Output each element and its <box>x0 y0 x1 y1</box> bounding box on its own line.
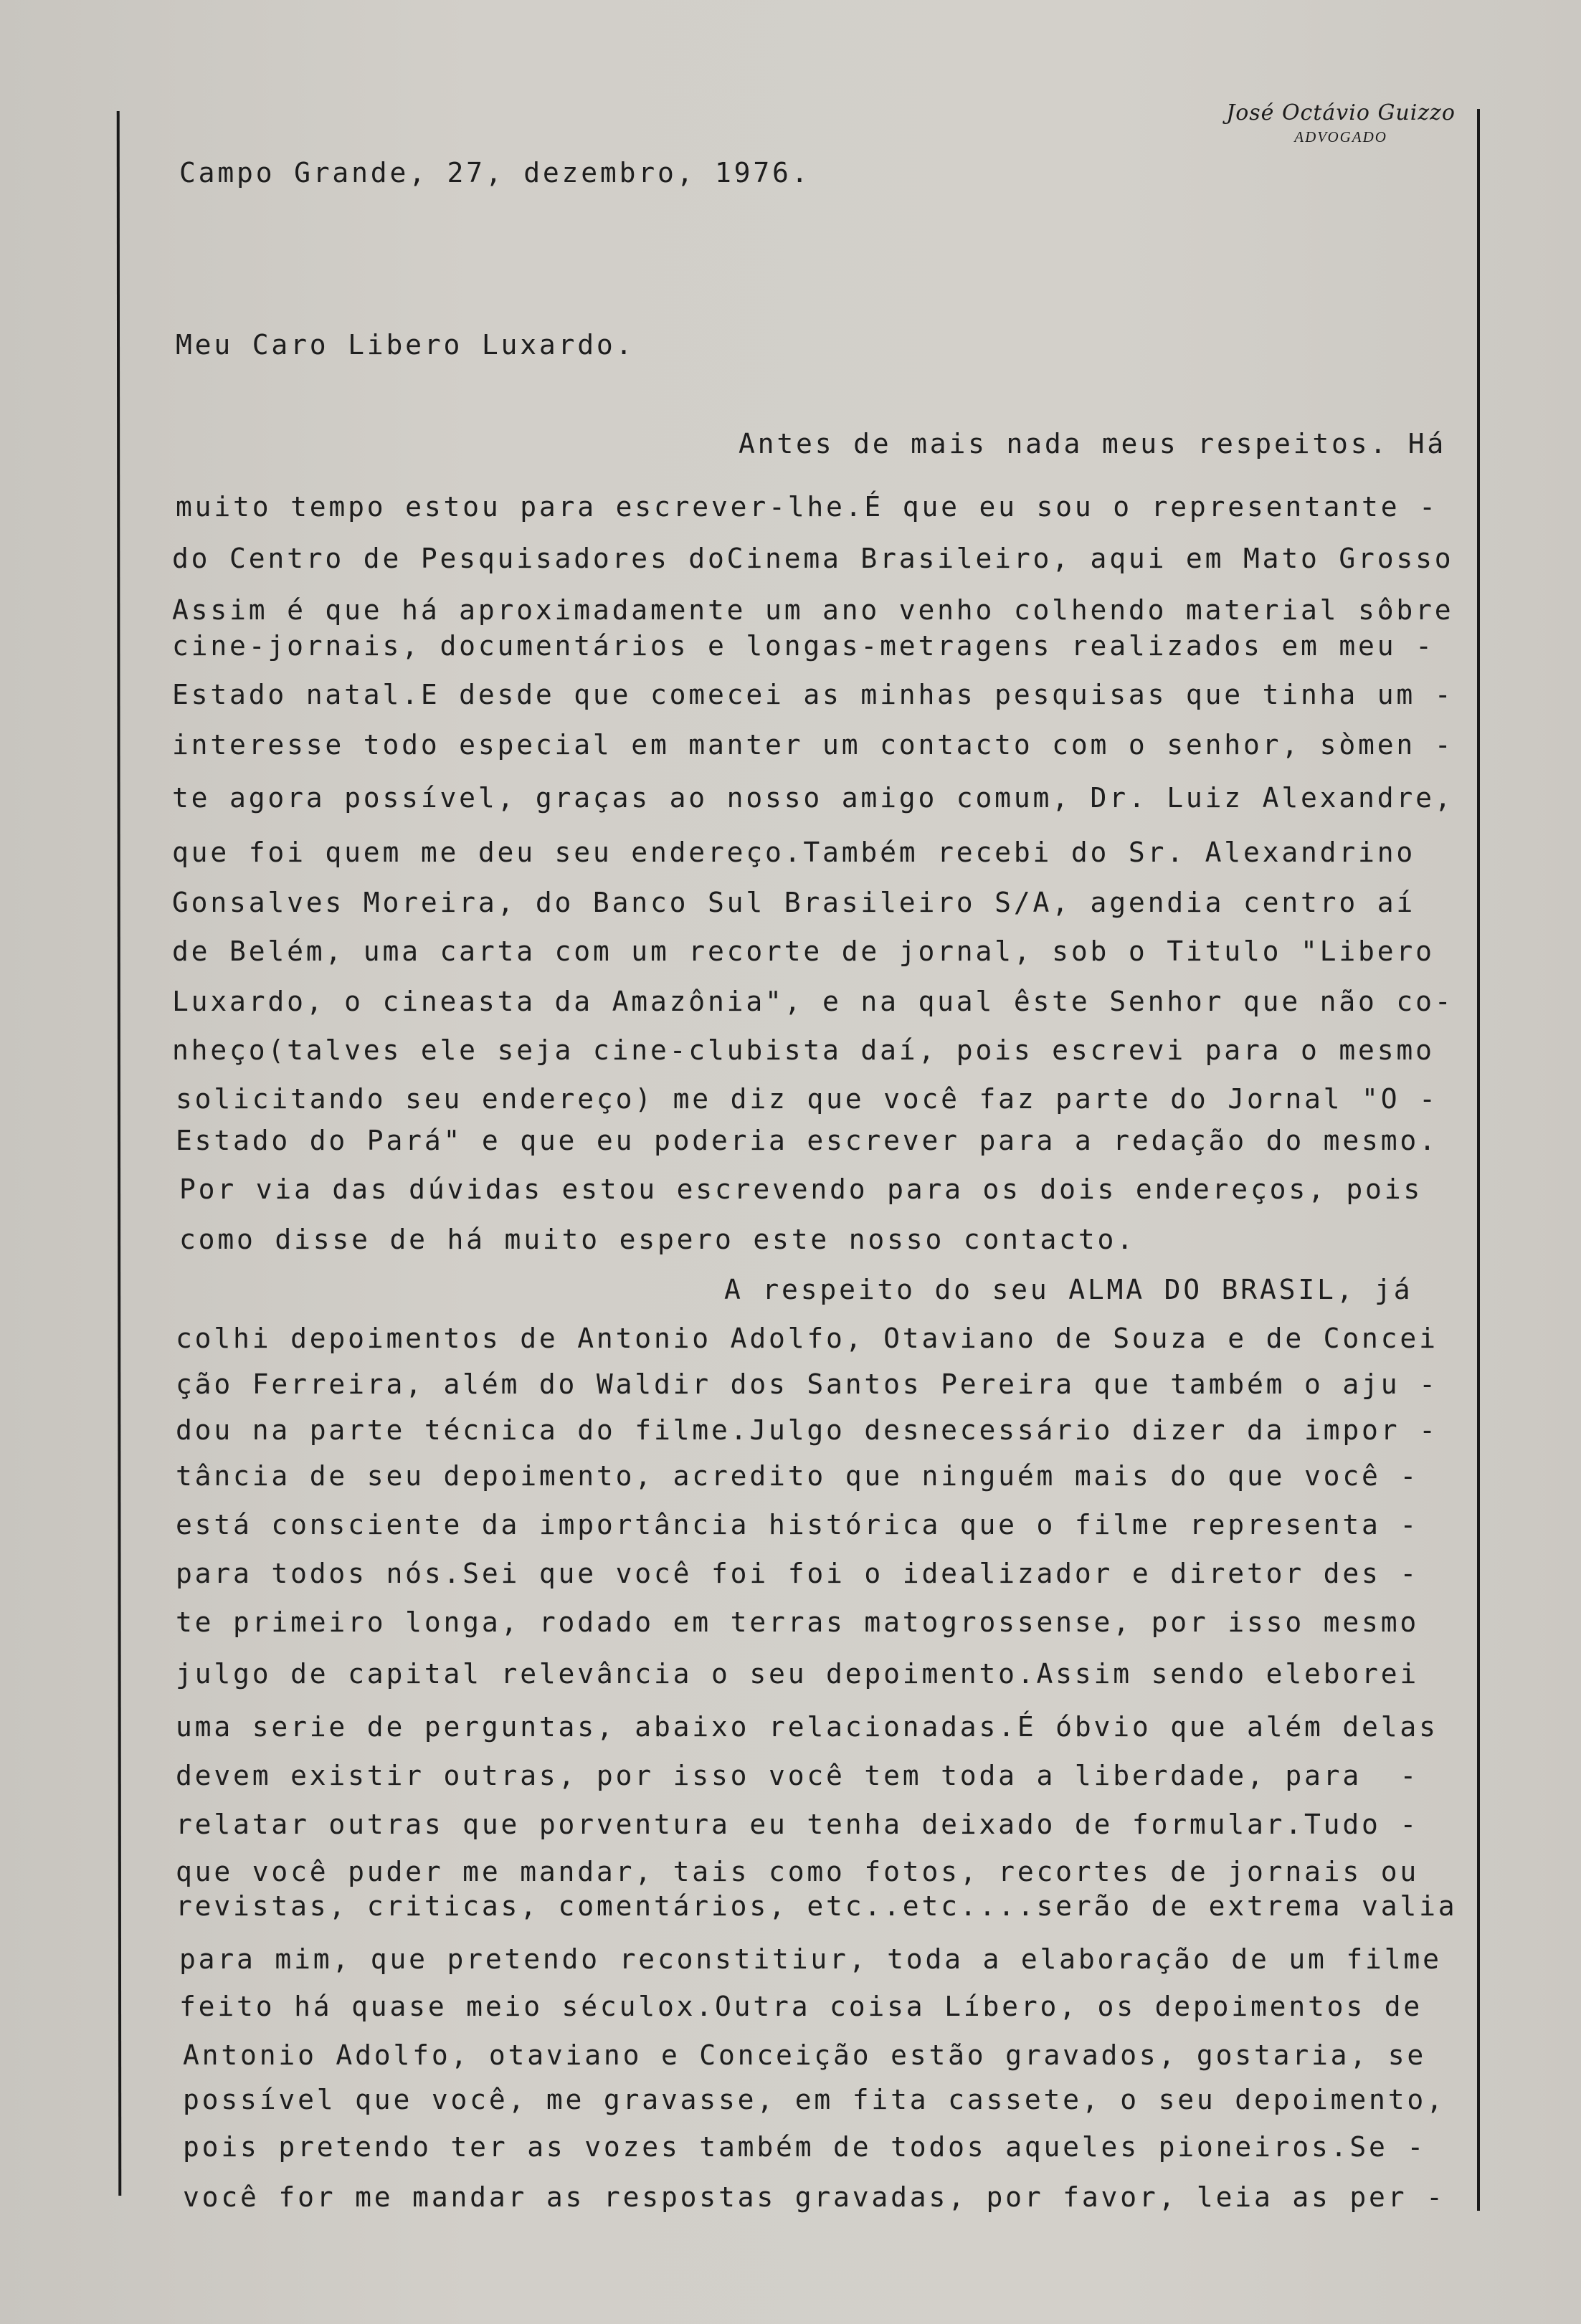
body-line: ção Ferreira, além do Waldir dos Santos … <box>176 1371 1438 1398</box>
body-line: que foi quem me deu seu endereço.Também … <box>172 839 1415 866</box>
body-line: pois pretendo ter as vozes também de tod… <box>183 2133 1426 2161</box>
date-line: Campo Grande, 27, dezembro, 1976. <box>179 159 810 186</box>
body-line: do Centro de Pesquisadores doCinema Bras… <box>172 545 1453 572</box>
body-line: interesse todo especial em manter um con… <box>172 731 1453 758</box>
body-line: Luxardo, o cineasta da Amazônia", e na q… <box>172 988 1453 1015</box>
letterhead: José Octávio Guizzo ADVOGADO <box>1226 100 1456 146</box>
body-line: A respeito do seu ALMA DO BRASIL, já <box>724 1276 1413 1303</box>
body-line: relatar outras que porventura eu tenha d… <box>176 1811 1419 1838</box>
body-line: possível que você, me gravasse, em fita … <box>183 2086 1445 2113</box>
body-line: tância de seu depoimento, acredito que n… <box>176 1462 1419 1490</box>
body-line: Antonio Adolfo, otaviano e Conceição est… <box>183 2042 1426 2069</box>
body-line: nheço(talves ele seja cine-clubista daí,… <box>172 1037 1435 1064</box>
body-line: para mim, que pretendo reconstitiur, tod… <box>179 1946 1442 1973</box>
letterhead-name: José Octávio Guizzo <box>1226 100 1456 125</box>
body-line: uma serie de perguntas, abaixo relaciona… <box>176 1713 1438 1740</box>
letterhead-title: ADVOGADO <box>1226 128 1456 146</box>
body-line: você for me mandar as respostas gravadas… <box>183 2183 1445 2211</box>
body-line: devem existir outras, por isso você tem … <box>176 1762 1419 1789</box>
right-margin-rule <box>1477 109 1480 2211</box>
body-line: Assim é que há aproximadamente um ano ve… <box>172 596 1453 624</box>
body-line: de Belém, uma carta com um recorte de jo… <box>172 938 1435 965</box>
body-line: está consciente da importância histórica… <box>176 1511 1419 1538</box>
body-line: muito tempo estou para escrever-lhe.É qu… <box>176 493 1438 520</box>
body-line: feito há quase meio séculox.Outra coisa … <box>179 1993 1423 2020</box>
body-line: como disse de há muito espero este nosso… <box>179 1226 1136 1253</box>
body-line: te primeiro longa, rodado em terras mato… <box>176 1609 1419 1636</box>
body-line: Por via das dúvidas estou escrevendo par… <box>179 1176 1423 1203</box>
body-line: que você puder me mandar, tais como foto… <box>176 1858 1419 1885</box>
body-line: Estado do Pará" e que eu poderia escreve… <box>176 1127 1438 1154</box>
body-line: te agora possível, graças ao nosso amigo… <box>172 784 1453 811</box>
body-line: colhi depoimentos de Antonio Adolfo, Ota… <box>176 1325 1438 1352</box>
body-line: Estado natal.E desde que comecei as minh… <box>172 681 1453 708</box>
body-line: para todos nós.Sei que você foi foi o id… <box>176 1560 1419 1587</box>
salutation: Meu Caro Libero Luxardo. <box>176 331 635 358</box>
body-line: Gonsalves Moreira, do Banco Sul Brasilei… <box>172 889 1415 916</box>
body-line: julgo de capital relevância o seu depoim… <box>176 1660 1419 1687</box>
body-line: solicitando seu endereço) me diz que voc… <box>176 1085 1438 1113</box>
letter-page: José Octávio Guizzo ADVOGADO Campo Grand… <box>0 0 1581 2324</box>
body-line: Antes de mais nada meus respeitos. Há <box>739 430 1446 457</box>
body-line: cine-jornais, documentários e longas-met… <box>172 632 1435 659</box>
body-line: dou na parte técnica do filme.Julgo desn… <box>176 1416 1438 1444</box>
left-margin-rule <box>117 111 122 2196</box>
body-line: revistas, criticas, comentários, etc..et… <box>176 1892 1457 1920</box>
